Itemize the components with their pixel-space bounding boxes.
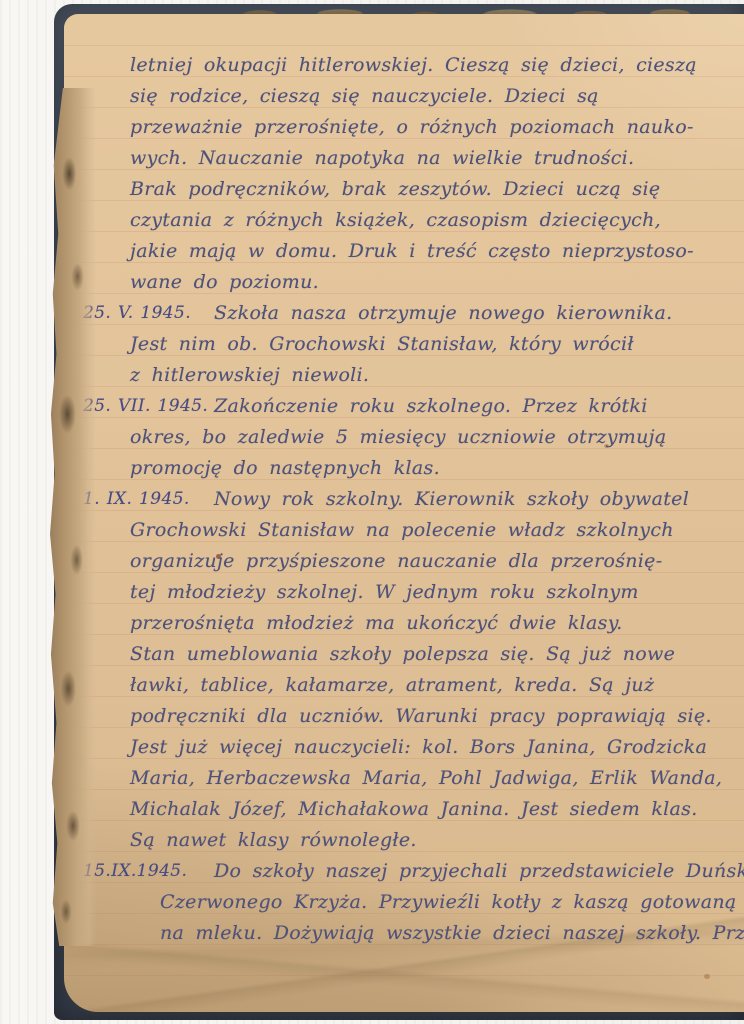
handwritten-line: Do szkoły naszej przyjechali przedstawic… bbox=[130, 856, 744, 887]
entry-date: 15.IX.1945. bbox=[83, 856, 187, 887]
handwritten-line: z hitlerowskiej niewoli. bbox=[130, 360, 744, 391]
handwritten-line: Czerwonego Krzyża. Przywieźli kotły z ka… bbox=[130, 887, 744, 918]
handwritten-line: tej młodzieży szkolnej. W jednym roku sz… bbox=[130, 577, 744, 608]
handwritten-line: na mleku. Dożywiają wszystkie dzieci nas… bbox=[130, 918, 744, 949]
chronicle-entry: 25. V. 1945. Szkoła nasza otrzymuje nowe… bbox=[130, 298, 744, 391]
handwritten-line: okres, bo zaledwie 5 miesięcy uczniowie … bbox=[130, 422, 744, 453]
handwritten-line: Są nawet klasy równoległe. bbox=[130, 825, 744, 856]
handwritten-line: Jest już więcej nauczycieli: kol. Bors J… bbox=[130, 732, 744, 763]
handwritten-line: Nowy rok szkolny. Kierownik szkoły obywa… bbox=[130, 484, 744, 515]
handwritten-line: przeważnie przerośnięte, o różnych pozio… bbox=[130, 112, 744, 143]
chronicle-entry: letniej okupacji hitlerowskiej. Cieszą s… bbox=[130, 50, 744, 298]
handwritten-line: czytania z różnych książek, czasopism dz… bbox=[130, 205, 744, 236]
paper-stain bbox=[704, 974, 710, 979]
entry-date: 25. V. 1945. bbox=[83, 298, 191, 329]
handwritten-line: Stan umeblowania szkoły polepsza się. Są… bbox=[130, 639, 744, 670]
handwritten-line: podręczniki dla uczniów. Warunki pracy p… bbox=[130, 701, 744, 732]
handwritten-line: wych. Nauczanie napotyka na wielkie trud… bbox=[130, 143, 744, 174]
handwritten-line: organizuje przyśpieszone nauczanie dla p… bbox=[130, 546, 744, 577]
chronicle-entry: 15.IX.1945. Do szkoły naszej przyjechali… bbox=[130, 856, 744, 949]
handwritten-line: ławki, tablice, kałamarze, atrament, kre… bbox=[130, 670, 744, 701]
entry-date: 25. VII. 1945. bbox=[83, 391, 208, 422]
chronicle-entry: 25. VII. 1945. Zakończenie roku szkolneg… bbox=[130, 391, 744, 484]
handwritten-line: jakie mają w domu. Druk i treść często n… bbox=[130, 236, 744, 267]
handwritten-line: Brak podręczników, brak zeszytów. Dzieci… bbox=[130, 174, 744, 205]
handwritten-line: Zakończenie roku szkolnego. Przez krótki bbox=[130, 391, 744, 422]
entry-date: 1. IX. 1945. bbox=[83, 484, 190, 515]
handwritten-line: Grochowski Stanisław na polecenie władz … bbox=[130, 515, 744, 546]
handwritten-line: wane do poziomu. bbox=[130, 267, 744, 298]
handwritten-line: przerośnięta młodzież ma ukończyć dwie k… bbox=[130, 608, 744, 639]
handwritten-line: się rodzice, cieszą się nauczyciele. Dzi… bbox=[130, 81, 744, 112]
scanned-notebook-page: letniej okupacji hitlerowskiej. Cieszą s… bbox=[0, 0, 744, 1024]
chronicle-entry: 1. IX. 1945. Nowy rok szkolny. Kierownik… bbox=[130, 484, 744, 856]
notebook-paper: letniej okupacji hitlerowskiej. Cieszą s… bbox=[64, 14, 744, 1012]
handwritten-line: letniej okupacji hitlerowskiej. Cieszą s… bbox=[130, 50, 744, 81]
handwritten-line: Michalak Józef, Michałakowa Janina. Jest… bbox=[130, 794, 744, 825]
handwritten-line: Szkoła nasza otrzymuje nowego kierownika… bbox=[130, 298, 744, 329]
handwritten-line: promocję do następnych klas. bbox=[130, 453, 744, 484]
handwritten-line: Jest nim ob. Grochowski Stanisław, który… bbox=[130, 329, 744, 360]
handwritten-line: Maria, Herbaczewska Maria, Pohl Jadwiga,… bbox=[130, 763, 744, 794]
handwritten-entries: letniej okupacji hitlerowskiej. Cieszą s… bbox=[130, 50, 744, 949]
